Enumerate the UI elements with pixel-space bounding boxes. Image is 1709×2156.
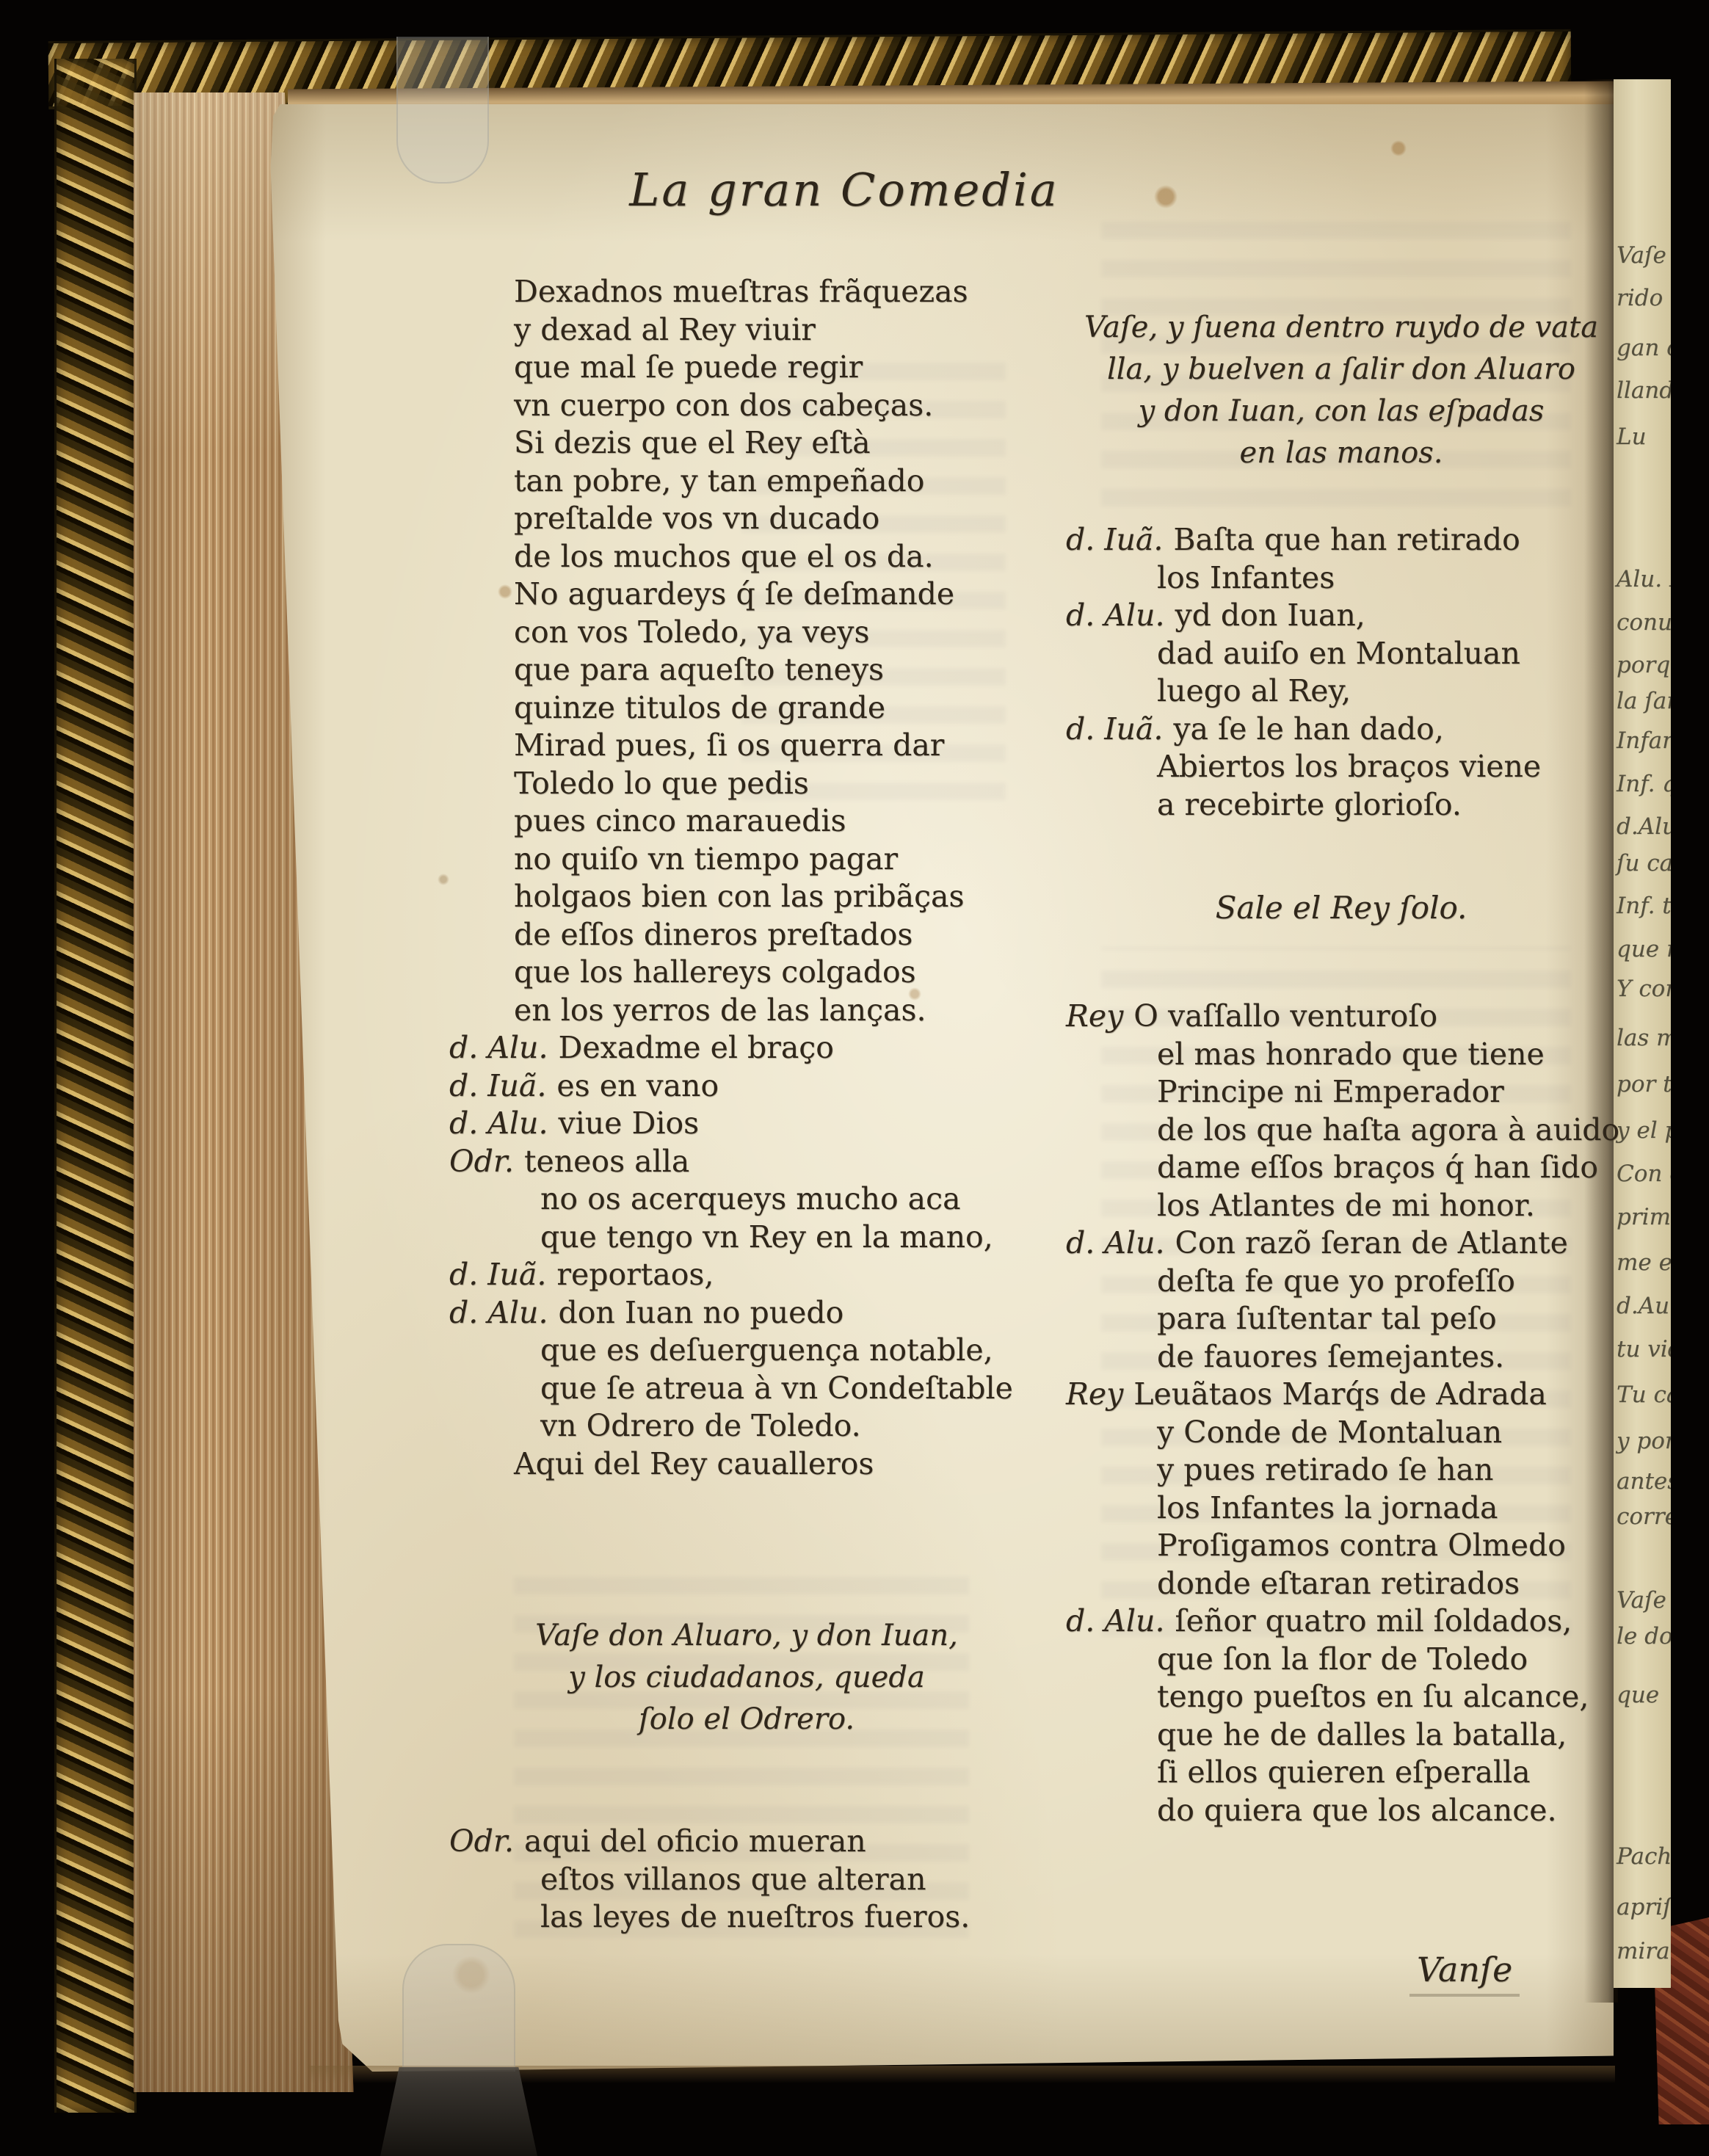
line-text: do quiera que los alcance. (1157, 1793, 1557, 1828)
verse-line: dame eſſos braços q́ han ſido (1157, 1149, 1617, 1187)
adjacent-page-text-fragment: d.Au. en (1617, 1293, 1671, 1319)
verse-line: ReyLeuãtaos Marq́s de Adrada (1066, 1376, 1617, 1414)
adjacent-page-text-fragment: Y con v (1617, 976, 1671, 1002)
line-text: eſtos villanos que alteran (540, 1862, 926, 1897)
verse-line: para ſuſtentar tal peſo (1157, 1300, 1617, 1338)
line-text: ſi ellos quieren eſperalla (1157, 1754, 1531, 1790)
verse-line: d. Iuã.reportaos, (449, 1256, 1044, 1294)
verse-line: holgaos bien con las pribãças (514, 878, 1044, 916)
adjacent-page-text-fragment: me ent (1617, 1249, 1671, 1276)
adjacent-page-text-fragment: Vaſe y ay (1617, 242, 1671, 269)
adjacent-page-text-fragment: apriſi (1617, 1894, 1671, 1920)
line-text: y pues retirado ſe han (1157, 1452, 1493, 1487)
line-text: tan pobre, y tan empeñado (514, 463, 924, 498)
verse-line: ſi ellos quieren eſperalla (1157, 1754, 1617, 1792)
verse-line: dad auiſo en Montaluan (1157, 635, 1617, 673)
verse-line: d. Alu.yd don Iuan, (1066, 597, 1617, 635)
right-text-column: Vaſe, y ſuena dentro ruydo de vatalla, y… (1066, 307, 1617, 1829)
line-text: no quiſo vn tiempo pagar (514, 841, 898, 876)
verse-line: pues cinco marauedis (514, 802, 1044, 841)
verse-line: de los muchos que el os da. (514, 538, 1044, 576)
line-text: y dexad al Rey viuir (514, 312, 816, 347)
line-text: pues cinco marauedis (514, 803, 846, 838)
exit-stage-direction: Vanſe (1409, 1950, 1520, 1997)
verse-line: en los yerros de las lanças. (514, 992, 1044, 1030)
verse-line: tan pobre, y tan empeñado (514, 462, 1044, 501)
adjacent-page-text-fragment: ſu cauſ (1617, 850, 1671, 876)
verse-line: Aqui del Rey caualleros (514, 1445, 1044, 1484)
verse-line: d. Iuã.es en vano (449, 1067, 1044, 1106)
adjacent-page-text-fragment: Alu. Det (1617, 566, 1671, 592)
speaker-label: Rey (1066, 1376, 1123, 1412)
line-text: de los que haſta agora à auido (1157, 1112, 1619, 1147)
verse-line: tengo pueſtos en ſu alcance, (1157, 1678, 1617, 1716)
stage-direction-line: Vaſe don Aluaro, y don Iuan, (449, 1615, 1044, 1657)
line-text: dame eſſos braços q́ han ſido (1157, 1150, 1598, 1185)
line-text: es en vano (556, 1068, 719, 1103)
line-text: que para aqueſto teneys (514, 652, 884, 687)
adjacent-page-text-fragment: antes q (1617, 1468, 1671, 1495)
page-holder-clip-top (396, 37, 489, 184)
verse-line: d. Alu.viue Dios (449, 1105, 1044, 1143)
line-text: que es deſuerguença notable, (540, 1332, 993, 1368)
line-text: Aqui del Rey caualleros (514, 1446, 874, 1481)
line-text: don Iuan no puedo (558, 1295, 843, 1330)
column-gap (1066, 824, 1617, 887)
verse-line: los Infantes (1157, 559, 1617, 598)
line-text: Abiertos los braços viene (1157, 749, 1541, 784)
line-text: Si dezis que el Rey eſtà (514, 425, 871, 460)
line-text: Principe ni Emperador (1157, 1074, 1504, 1109)
verse-line: Dexadnos mueſtras frãquezas (514, 273, 1044, 311)
speaker-label: d. Alu. (449, 1030, 548, 1065)
line-text: aqui del oficio mueran (524, 1823, 866, 1859)
line-text: los Infantes (1157, 560, 1335, 595)
verse-line: ReyO vaſſallo venturoſo (1066, 998, 1617, 1036)
verse-line: de eſſos dineros preſtados (514, 916, 1044, 954)
line-text: lla, y buelven a ſalir don Aluaro (1107, 352, 1575, 386)
page-holder-clip-bottom-stem (380, 2067, 537, 2156)
line-text: No aguardeys q́ ſe deſmande (514, 576, 954, 611)
speaker-label: d. Alu. (449, 1295, 548, 1330)
verse-line: con vos Toledo, ya veys (514, 614, 1044, 652)
line-text: vn cuerpo con dos cabeças. (514, 388, 933, 423)
verse-line: que para aqueſto teneys (514, 651, 1044, 689)
line-text: Toledo lo que pedis (514, 766, 809, 801)
line-text: teneos alla (524, 1144, 689, 1179)
adjacent-page-text-fragment: llandoſe (1617, 377, 1671, 404)
verse-line: y dexad al Rey viuir (514, 311, 1044, 349)
adjacent-page-text-fragment: por tu p (1617, 1071, 1671, 1097)
line-text: O vaſſallo venturoſo (1133, 998, 1437, 1034)
adjacent-page-text-fragment: gan con eſ (1617, 335, 1671, 361)
verse-line: que he de dalles la batalla, (1157, 1716, 1617, 1754)
verse-line: que ſe atreua à vn Condeſtable (540, 1370, 1044, 1408)
line-text: donde eſtaran retirados (1157, 1566, 1520, 1601)
speaker-label: Odr. (449, 1144, 514, 1179)
line-text: Proſigamos contra Olmedo (1157, 1528, 1566, 1563)
adjacent-page-text-fragment: conuien (1617, 609, 1671, 636)
line-text: Con razõ ſeran de Atlante (1175, 1225, 1567, 1260)
verse-line: Mirad pues, ſi os querra dar (514, 727, 1044, 765)
adjacent-page-text-fragment: las man (1617, 1025, 1671, 1051)
line-text: Sale el Rey ſolo. (1216, 890, 1467, 926)
line-text: de los muchos que el os da. (514, 539, 934, 574)
photographed-book-scene: La gran Comedia Dexadnos mueſtras frãque… (0, 0, 1709, 2156)
verse-line: deſta fe que yo profeſſo (1157, 1263, 1617, 1301)
stage-direction-line: Vaſe, y ſuena dentro ruydo de vata (1066, 307, 1617, 349)
verse-line: preſtalde vos vn ducado (514, 500, 1044, 538)
verse-line: que es deſuerguença notable, (540, 1332, 1044, 1370)
line-text: Baſta que han retirado (1173, 522, 1520, 557)
adjacent-page-text-fragment: corre (1617, 1503, 1671, 1530)
verse-line: y Conde de Montaluan (1157, 1414, 1617, 1452)
line-text: yd don Iuan, (1175, 598, 1365, 633)
line-text: Dexadnos mueſtras frãquezas (514, 274, 968, 309)
line-text: y Conde de Montaluan (1157, 1415, 1502, 1450)
line-text: los Infantes la jornada (1157, 1490, 1498, 1525)
line-text: y los ciudadanos, queda (568, 1660, 925, 1694)
line-text: holgaos bien con las pribãças (514, 879, 965, 914)
verse-line: d. Alu.Con razõ ſeran de Atlante (1066, 1224, 1617, 1263)
line-text: dad auiſo en Montaluan (1157, 636, 1520, 671)
verse-line: de fauores ſemejantes. (1157, 1338, 1617, 1376)
verse-line: vn Odrero de Toledo. (540, 1407, 1044, 1445)
verse-line: a recebirte glorioſo. (1157, 786, 1617, 824)
verse-line: que mal ſe puede regir (514, 349, 1044, 387)
column-gap (1066, 929, 1617, 998)
speaker-label: d. Alu. (1066, 598, 1164, 633)
adjacent-page-text-fragment: rido el Inf (1617, 285, 1671, 311)
verse-line: el mas honrado que tiene (1157, 1036, 1617, 1074)
speaker-label: Odr. (449, 1823, 514, 1859)
verse-line: de los que haſta agora à auido (1157, 1111, 1617, 1150)
line-text: que ſe atreua à vn Condeſtable (540, 1371, 1013, 1406)
verse-line: Si dezis que el Rey eſtà (514, 424, 1044, 462)
line-text: en los yerros de las lanças. (514, 992, 926, 1028)
line-text: viue Dios (558, 1106, 699, 1141)
line-text: vn Odrero de Toledo. (540, 1408, 861, 1443)
adjacent-page-text-fragment: y el pre (1617, 1117, 1671, 1144)
column-gap (1066, 474, 1617, 521)
line-text: ſolo el Odrero. (639, 1702, 854, 1736)
verse-line: las leyes de nueſtros fueros. (540, 1898, 1044, 1937)
verse-line: Principe ni Emperador (1157, 1073, 1617, 1111)
gilt-border-left (54, 59, 137, 2113)
line-text: luego al Rey, (1157, 673, 1351, 708)
speaker-label: d. Iuã. (449, 1257, 546, 1292)
speaker-label: d. Iuã. (1066, 522, 1163, 557)
verse-line: No aguardeys q́ ſe deſmande (514, 576, 1044, 614)
stage-direction-line: y los ciudadanos, queda (449, 1657, 1044, 1699)
line-text: ſeñor quatro mil ſoldados, (1175, 1603, 1572, 1638)
line-text: preſtalde vos vn ducado (514, 501, 879, 536)
verse-line: Toledo lo que pedis (514, 765, 1044, 803)
verse-line: d. Iuã.Baſta que han retirado (1066, 521, 1617, 559)
verse-line: donde eſtaran retirados (1157, 1565, 1617, 1603)
adjacent-page-text-fragment: mira p (1617, 1938, 1671, 1964)
verse-line: Abiertos los braços viene (1157, 748, 1617, 786)
left-text-column: Dexadnos mueſtras frãquezasy dexad al Re… (449, 273, 1044, 1937)
verse-line: no os acerqueys mucho aca (540, 1180, 1044, 1219)
next-page-edge-strip: Vaſe y ayrido el Infgan con eſllandoſeLu… (1614, 79, 1671, 1988)
verse-line: d. Iuã.ya ſe le han dado, (1066, 711, 1617, 749)
adjacent-page-text-fragment: que (1617, 1682, 1659, 1708)
line-text: los Atlantes de mi honor. (1157, 1188, 1535, 1223)
line-text: reportaos, (556, 1257, 714, 1292)
line-text: que ſon la flor de Toledo (1157, 1641, 1528, 1677)
adjacent-page-text-fragment: que no (1617, 936, 1671, 962)
line-text: para ſuſtentar tal peſo (1157, 1301, 1497, 1336)
speaker-label: d. Alu. (1066, 1225, 1164, 1260)
adjacent-page-text-fragment: y pon (1617, 1428, 1671, 1454)
verse-line: los Atlantes de mi honor. (1157, 1187, 1617, 1225)
verse-line: quinze titulos de grande (514, 689, 1044, 727)
line-text: Mirad pues, ſi os querra dar (514, 727, 944, 763)
adjacent-page-text-fragment: tu vida (1617, 1336, 1671, 1362)
stage-direction-line: y don Iuan, con las eſpadas (1066, 391, 1617, 432)
line-text: que los hallereys colgados (514, 954, 916, 990)
adjacent-page-text-fragment: Infante, (1617, 727, 1671, 754)
line-text: tengo pueſtos en ſu alcance, (1157, 1679, 1589, 1714)
verse-line: Odr.aqui del oficio mueran (449, 1823, 1044, 1861)
verse-line: que tengo vn Rey en la mano, (540, 1219, 1044, 1257)
line-text: que he de dalles la batalla, (1157, 1717, 1567, 1752)
verse-line: eſtos villanos que alteran (540, 1861, 1044, 1899)
speaker-label: d. Iuã. (449, 1068, 546, 1103)
verse-line: que ſon la flor de Toledo (1157, 1641, 1617, 1679)
column-gap (449, 1483, 1044, 1615)
line-text: quinze titulos de grande (514, 690, 885, 725)
stage-direction-line: lla, y buelven a ſalir don Aluaro (1066, 349, 1617, 391)
scene-heading: Sale el Rey ſolo. (1066, 887, 1617, 929)
verse-line: d. Alu.don Iuan no puedo (449, 1294, 1044, 1332)
line-text: las leyes de nueſtros fueros. (540, 1899, 970, 1934)
adjacent-page-text-fragment: Inf. quie (1617, 771, 1671, 797)
verse-line: luego al Rey, (1157, 672, 1617, 711)
line-text: Dexadme el braço (558, 1030, 833, 1065)
adjacent-page-text-fragment: la ſangr (1617, 688, 1671, 714)
line-text: en las manos. (1240, 436, 1443, 470)
adjacent-page-text-fragment: Vaſe y qu (1617, 1587, 1671, 1614)
line-text: deſta fe que yo profeſſo (1157, 1263, 1515, 1299)
verse-line: Proſigamos contra Olmedo (1157, 1527, 1617, 1565)
speaker-label: Rey (1066, 998, 1123, 1034)
page-holder-clip-bottom (402, 1944, 515, 2072)
speaker-label: d. Alu. (449, 1106, 548, 1141)
line-text: no os acerqueys mucho aca (540, 1181, 961, 1216)
line-text: que mal ſe puede regir (514, 349, 863, 385)
verse-line: y pues retirado ſe han (1157, 1451, 1617, 1489)
adjacent-page-text-fragment: primer (1617, 1204, 1671, 1230)
column-gap (449, 1741, 1044, 1823)
line-text: ya ſe le han dado, (1173, 711, 1443, 747)
verse-line: Odr.teneos alla (449, 1143, 1044, 1181)
speaker-label: d. Iuã. (1066, 711, 1163, 747)
line-text: a recebirte glorioſo. (1157, 787, 1462, 822)
running-title: La gran Comedia (411, 163, 1277, 217)
adjacent-page-text-fragment: Pacho A (1617, 1843, 1671, 1870)
line-text: de eſſos dineros preſtados (514, 917, 912, 952)
line-text: y don Iuan, con las eſpadas (1139, 394, 1545, 428)
verse-line: que los hallereys colgados (514, 954, 1044, 992)
adjacent-page-text-fragment: le don Iu (1617, 1623, 1671, 1649)
verse-line: d. Alu.ſeñor quatro mil ſoldados, (1066, 1603, 1617, 1641)
stage-direction-line: en las manos. (1066, 432, 1617, 474)
line-text: de fauores ſemejantes. (1157, 1339, 1504, 1374)
verse-line: d. Alu.Dexadme el braço (449, 1029, 1044, 1067)
verse-line: vn cuerpo con dos cabeças. (514, 387, 1044, 425)
line-text: Leuãtaos Marq́s de Adrada (1133, 1376, 1547, 1412)
verse-line: no quiſo vn tiempo pagar (514, 841, 1044, 879)
verse-line: do quiera que los alcance. (1157, 1792, 1617, 1830)
adjacent-page-text-fragment: Con el (1617, 1161, 1671, 1187)
line-text: el mas honrado que tiene (1157, 1037, 1545, 1072)
adjacent-page-text-fragment: d.Alu ſo (1617, 813, 1671, 840)
line-text: con vos Toledo, ya veys (514, 614, 870, 650)
adjacent-page-text-fragment: Inf. tus m (1617, 893, 1671, 919)
adjacent-page-text-fragment: porque (1617, 652, 1671, 678)
adjacent-page-text-fragment: Tu cau (1617, 1382, 1671, 1408)
stage-direction-line: ſolo el Odrero. (449, 1699, 1044, 1741)
line-text: Vaſe don Aluaro, y don Iuan, (535, 1619, 958, 1652)
line-text: Vaſe, y ſuena dentro ruydo de vata (1084, 311, 1598, 344)
speaker-label: d. Alu. (1066, 1603, 1164, 1638)
verse-line: los Infantes la jornada (1157, 1489, 1617, 1528)
line-text: que tengo vn Rey en la mano, (540, 1219, 993, 1255)
adjacent-page-text-fragment: Lu (1617, 424, 1647, 450)
